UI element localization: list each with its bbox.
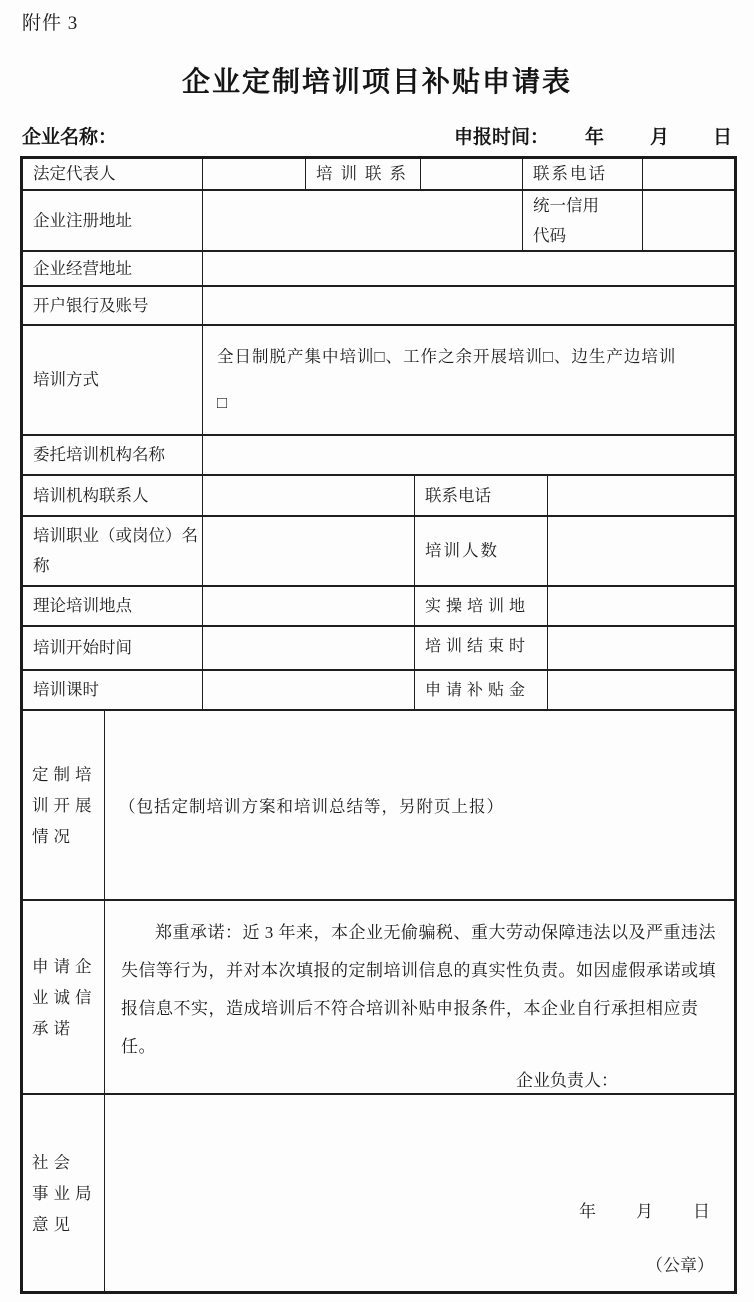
agency-contact-label: 培训机构联系人	[23, 476, 203, 515]
table-row-training-site: 理论培训地点 实操培训地点	[23, 587, 734, 627]
occupation-value-cell	[203, 517, 415, 585]
day-label: 日	[713, 122, 732, 149]
end-time-label: 培训结束时间	[415, 627, 548, 669]
training-mode-label: 培训方式	[23, 326, 203, 434]
table-row-custom-training: 定制培 训开展 情况 （包括定制培训方案和培训总结等，另附页上报）	[23, 711, 734, 901]
contact-phone-value-cell	[643, 159, 734, 189]
table-row-bureau-opinion: 社会 事业局 意见 年 月 日 （公章）	[23, 1095, 734, 1291]
legal-rep-value-cell	[203, 159, 306, 189]
table-row-integrity: 申请企 业诚信 承诺 郑重承诺：近 3 年来，本企业无偷骗税、重大劳动保障违法以…	[23, 901, 734, 1095]
table-row-training-time: 培训开始时间 培训结束时间	[23, 627, 734, 671]
company-name-label: 企业名称：	[22, 122, 117, 149]
year-label: 年	[585, 122, 604, 149]
bank-account-value-cell	[203, 287, 734, 324]
table-row-reg-address: 企业注册地址 统一信用 代码	[23, 191, 734, 252]
agency-name-label: 委托培训机构名称	[23, 436, 203, 474]
reg-address-label: 企业注册地址	[23, 191, 203, 250]
biz-address-value-cell	[203, 252, 734, 285]
biz-address-label: 企业经营地址	[23, 252, 203, 285]
agency-phone-label: 联系电话	[415, 476, 548, 515]
application-table: 法定代表人 培训联系 联系电话 企业注册地址 统一信用 代码 企业经营地址 开户…	[20, 156, 737, 1294]
agency-name-value-cell	[203, 436, 734, 474]
form-document: 附件 3 企业定制培训项目补贴申请表 企业名称： 申报时间： 年 月 日 法定代…	[0, 0, 754, 1302]
end-time-value-cell	[548, 627, 734, 669]
theory-site-value-cell	[203, 587, 415, 625]
integrity-content-cell: 郑重承诺：近 3 年来，本企业无偷骗税、重大劳动保障违法以及严重违法失信等行为，…	[105, 901, 734, 1093]
table-row-biz-address: 企业经营地址	[23, 252, 734, 287]
integrity-statement: 郑重承诺：近 3 年来，本企业无偷骗税、重大劳动保障违法以及严重违法失信等行为，…	[121, 914, 718, 1066]
agency-phone-value-cell	[548, 476, 734, 515]
credit-code-value-cell	[643, 191, 734, 250]
training-mode-options: 全日制脱产集中培训□、工作之余开展培训□、边生产边培训 □	[203, 326, 734, 434]
form-title: 企业定制培训项目补贴申请表	[0, 60, 754, 100]
table-row-agency-contact: 培训机构联系人 联系电话	[23, 476, 734, 517]
contact-phone-label: 联系电话	[523, 159, 643, 189]
training-contact-value-cell	[421, 159, 523, 189]
table-row-class-hours: 培训课时 申请补贴金额	[23, 671, 734, 711]
bank-account-label: 开户银行及账号	[23, 287, 203, 324]
table-row-agency-name: 委托培训机构名称	[23, 436, 734, 476]
bureau-opinion-label: 社会 事业局 意见	[23, 1095, 105, 1291]
custom-training-label: 定制培 训开展 情况	[23, 711, 105, 899]
declare-time-label: 申报时间：	[454, 122, 549, 149]
start-time-label: 培训开始时间	[23, 627, 203, 669]
subsidy-amount-value-cell	[548, 671, 734, 709]
trainee-count-label: 培训人数	[415, 517, 548, 585]
legal-rep-label: 法定代表人	[23, 159, 203, 189]
form-meta-row: 企业名称： 申报时间： 年 月 日	[22, 120, 732, 150]
subsidy-amount-label: 申请补贴金额	[415, 671, 548, 709]
table-row-legal-rep: 法定代表人 培训联系 联系电话	[23, 159, 734, 191]
responsible-person-label: 企业负责人：	[121, 1066, 718, 1093]
practice-site-value-cell	[548, 587, 734, 625]
training-contact-label: 培训联系	[306, 159, 421, 189]
declare-time-group: 申报时间： 年 月 日	[454, 122, 732, 149]
start-time-value-cell	[203, 627, 415, 669]
attachment-number: 附件 3	[22, 8, 78, 35]
bureau-opinion-content-cell: 年 月 日 （公章）	[105, 1095, 734, 1291]
reg-address-value-cell	[203, 191, 523, 250]
custom-training-note: （包括定制培训方案和培训总结等，另附页上报）	[105, 711, 734, 899]
practice-site-label: 实操培训地点	[415, 587, 548, 625]
credit-code-label: 统一信用 代码	[523, 191, 643, 250]
occupation-label: 培训职业（或岗位）名称	[23, 517, 203, 585]
agency-contact-value-cell	[203, 476, 415, 515]
table-row-occupation: 培训职业（或岗位）名称 培训人数	[23, 517, 734, 587]
class-hours-label: 培训课时	[23, 671, 203, 709]
table-row-bank-account: 开户银行及账号	[23, 287, 734, 326]
class-hours-value-cell	[203, 671, 415, 709]
theory-site-label: 理论培训地点	[23, 587, 203, 625]
official-seal-label: （公章）	[646, 1251, 714, 1276]
trainee-count-value-cell	[548, 517, 734, 585]
integrity-label: 申请企 业诚信 承诺	[23, 901, 105, 1093]
table-row-training-mode: 培训方式 全日制脱产集中培训□、工作之余开展培训□、边生产边培训 □	[23, 326, 734, 436]
month-label: 月	[650, 122, 669, 149]
bureau-date-line: 年 月 日	[579, 1197, 712, 1222]
